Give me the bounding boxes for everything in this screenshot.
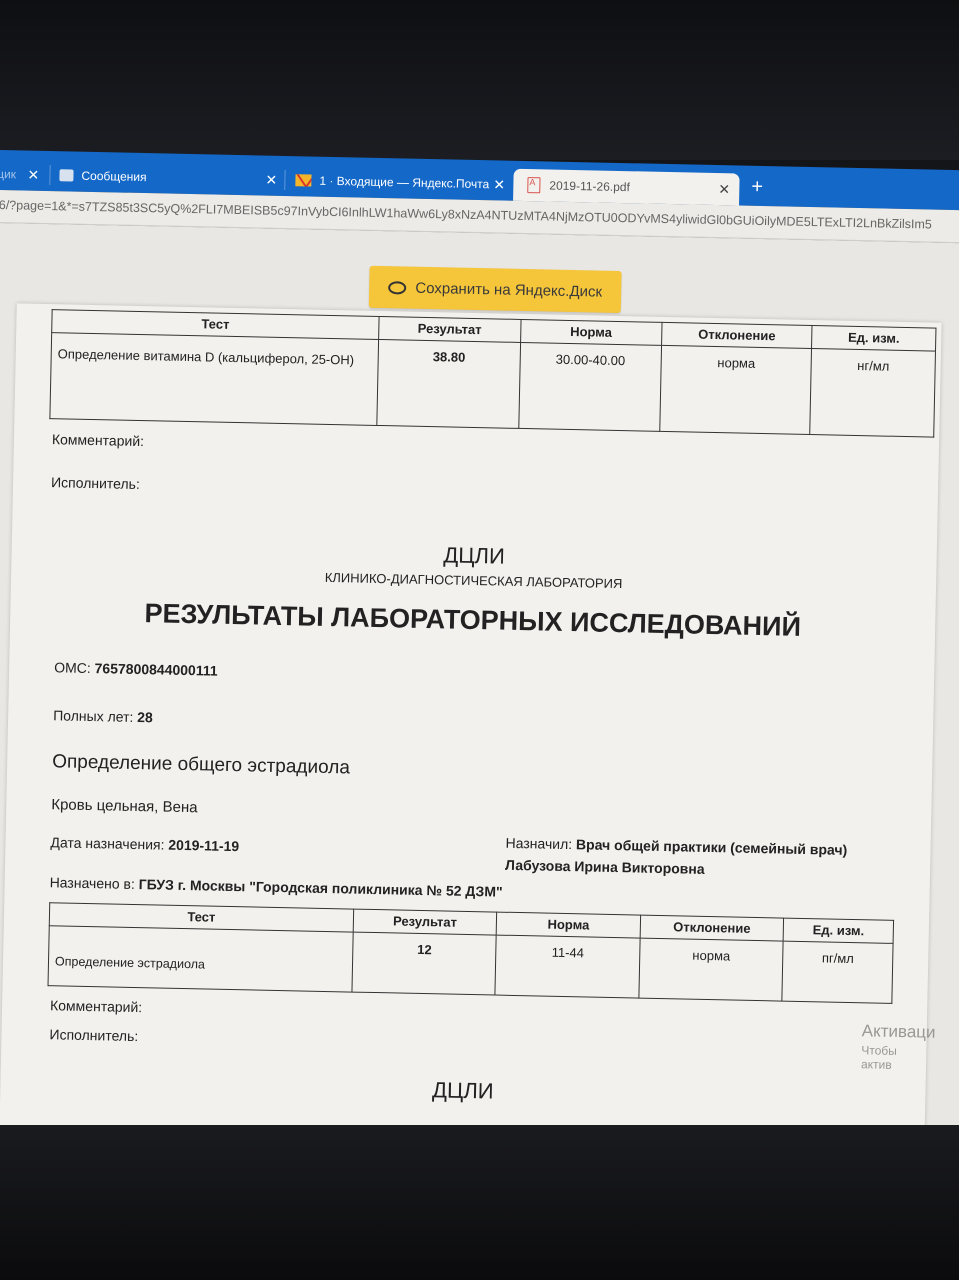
assigned-at: Назначено в: ГБУЗ г. Москвы "Городская п… (50, 874, 503, 899)
tab-label: 1 · Входящие — Яндекс.Почта (319, 174, 489, 192)
save-button-label: Сохранить на Яндекс.Диск (415, 279, 602, 300)
material: Кровь цельная, Вена (51, 796, 198, 816)
age-field: Полных лет: 28 (53, 707, 153, 725)
results-table-vitamin-d: Тест Результат Норма Отклонение Ед. изм.… (49, 309, 936, 438)
new-tab-button[interactable]: + (751, 176, 763, 199)
tab-messages[interactable]: Сообщения ✕ (59, 159, 280, 196)
assigned-by-label: Назначил: (505, 835, 572, 852)
tab-pdf[interactable]: 2019-11-26.pdf ✕ (513, 169, 740, 206)
monitor-bezel-top (0, 0, 959, 160)
mail-icon (295, 174, 311, 186)
cell-unit: пг/мл (782, 941, 893, 1003)
age-value: 28 (137, 709, 153, 725)
next-org-name: ДЦЛИ (0, 1068, 925, 1113)
column-header-unit: Ед. изм. (812, 326, 936, 352)
comment-label: Комментарий: (52, 431, 144, 449)
pdf-page: Тест Результат Норма Отклонение Ед. изм.… (0, 303, 942, 1222)
assigned-by-name: Лабузова Ирина Викторовна (505, 857, 705, 877)
results-table-estradiol: Тест Результат Норма Отклонение Ед. изм.… (47, 902, 894, 1004)
cell-deviation: норма (639, 938, 784, 1001)
pdf-viewer: Сохранить на Яндекс.Диск Тест Результат … (0, 223, 959, 1168)
column-header-result: Результат (353, 909, 497, 935)
assigned-by-role: Врач общей практики (семейный врач) (576, 836, 848, 858)
age-label: Полных лет: (53, 707, 134, 725)
cell-norm: 11-44 (495, 935, 640, 998)
cell-test: Определение эстрадиола (48, 926, 353, 992)
comment-label: Комментарий: (50, 997, 142, 1015)
tab-label: Сообщения (81, 169, 146, 184)
close-icon[interactable]: ✕ (27, 166, 39, 183)
assigned-at-label: Назначено в: (50, 874, 136, 892)
executor-label: Исполнитель: (49, 1026, 138, 1044)
cell-deviation: норма (660, 345, 812, 434)
close-icon[interactable]: ✕ (718, 181, 730, 198)
column-header-deviation: Отклонение (662, 322, 813, 348)
windows-activation-title: Активаци (862, 1021, 936, 1043)
cell-norm: 30.00-40.00 (518, 342, 661, 431)
yandex-disk-icon (388, 281, 406, 294)
date-value: 2019-11-19 (168, 837, 239, 854)
tab-label: 2019-11-26.pdf (549, 179, 630, 195)
cell-result: 12 (352, 932, 497, 995)
assigned-by: Назначил: Врач общей практики (семейный … (505, 832, 848, 883)
browser-window: Ящик ✕ Сообщения ✕ 1 · Входящие — Яндекс… (0, 150, 959, 1160)
report-title: РЕЗУЛЬТАТЫ ЛАБОРАТОРНЫХ ИССЛЕДОВАНИЙ (10, 595, 935, 645)
save-to-yandex-disk-button[interactable]: Сохранить на Яндекс.Диск (369, 266, 622, 313)
assigned-at-value: ГБУЗ г. Москвы "Городская поликлиника № … (139, 876, 503, 900)
column-header-norm: Норма (520, 319, 662, 345)
tab-mailbox[interactable]: Ящик ✕ (0, 158, 44, 191)
windows-activation-subtitle: Чтобы актив (861, 1043, 927, 1072)
column-header-unit: Ед. изм. (783, 918, 893, 943)
date-label: Дата назначения: (50, 834, 164, 852)
messages-icon (59, 169, 73, 181)
tab-separator (284, 170, 285, 190)
monitor-bezel-bottom (0, 1125, 959, 1280)
cell-unit: нг/мл (810, 349, 936, 438)
pdf-icon (527, 177, 540, 193)
oms-value: 7657800844000111 (94, 660, 217, 679)
column-header-norm: Норма (496, 912, 640, 938)
assignment-date: Дата назначения: 2019-11-19 (50, 834, 239, 854)
table-row: Определение витамина D (кальциферол, 25-… (50, 333, 936, 437)
cell-test: Определение витамина D (кальциферол, 25-… (50, 333, 379, 426)
column-header-deviation: Отклонение (640, 915, 784, 941)
column-header-result: Результат (379, 316, 521, 342)
cell-result: 38.80 (377, 339, 520, 428)
close-icon[interactable]: ✕ (493, 176, 505, 193)
oms-field: ОМС: 7657800844000111 (54, 659, 218, 678)
tab-label: Ящик (0, 167, 16, 182)
executor-label: Исполнитель: (51, 474, 140, 492)
tab-yandex-mail[interactable]: 1 · Входящие — Яндекс.Почта ✕ (295, 164, 511, 200)
oms-label: ОМС: (54, 659, 91, 676)
tab-separator (49, 165, 50, 185)
close-icon[interactable]: ✕ (265, 171, 277, 188)
study-name: Определение общего эстрадиола (52, 751, 350, 779)
